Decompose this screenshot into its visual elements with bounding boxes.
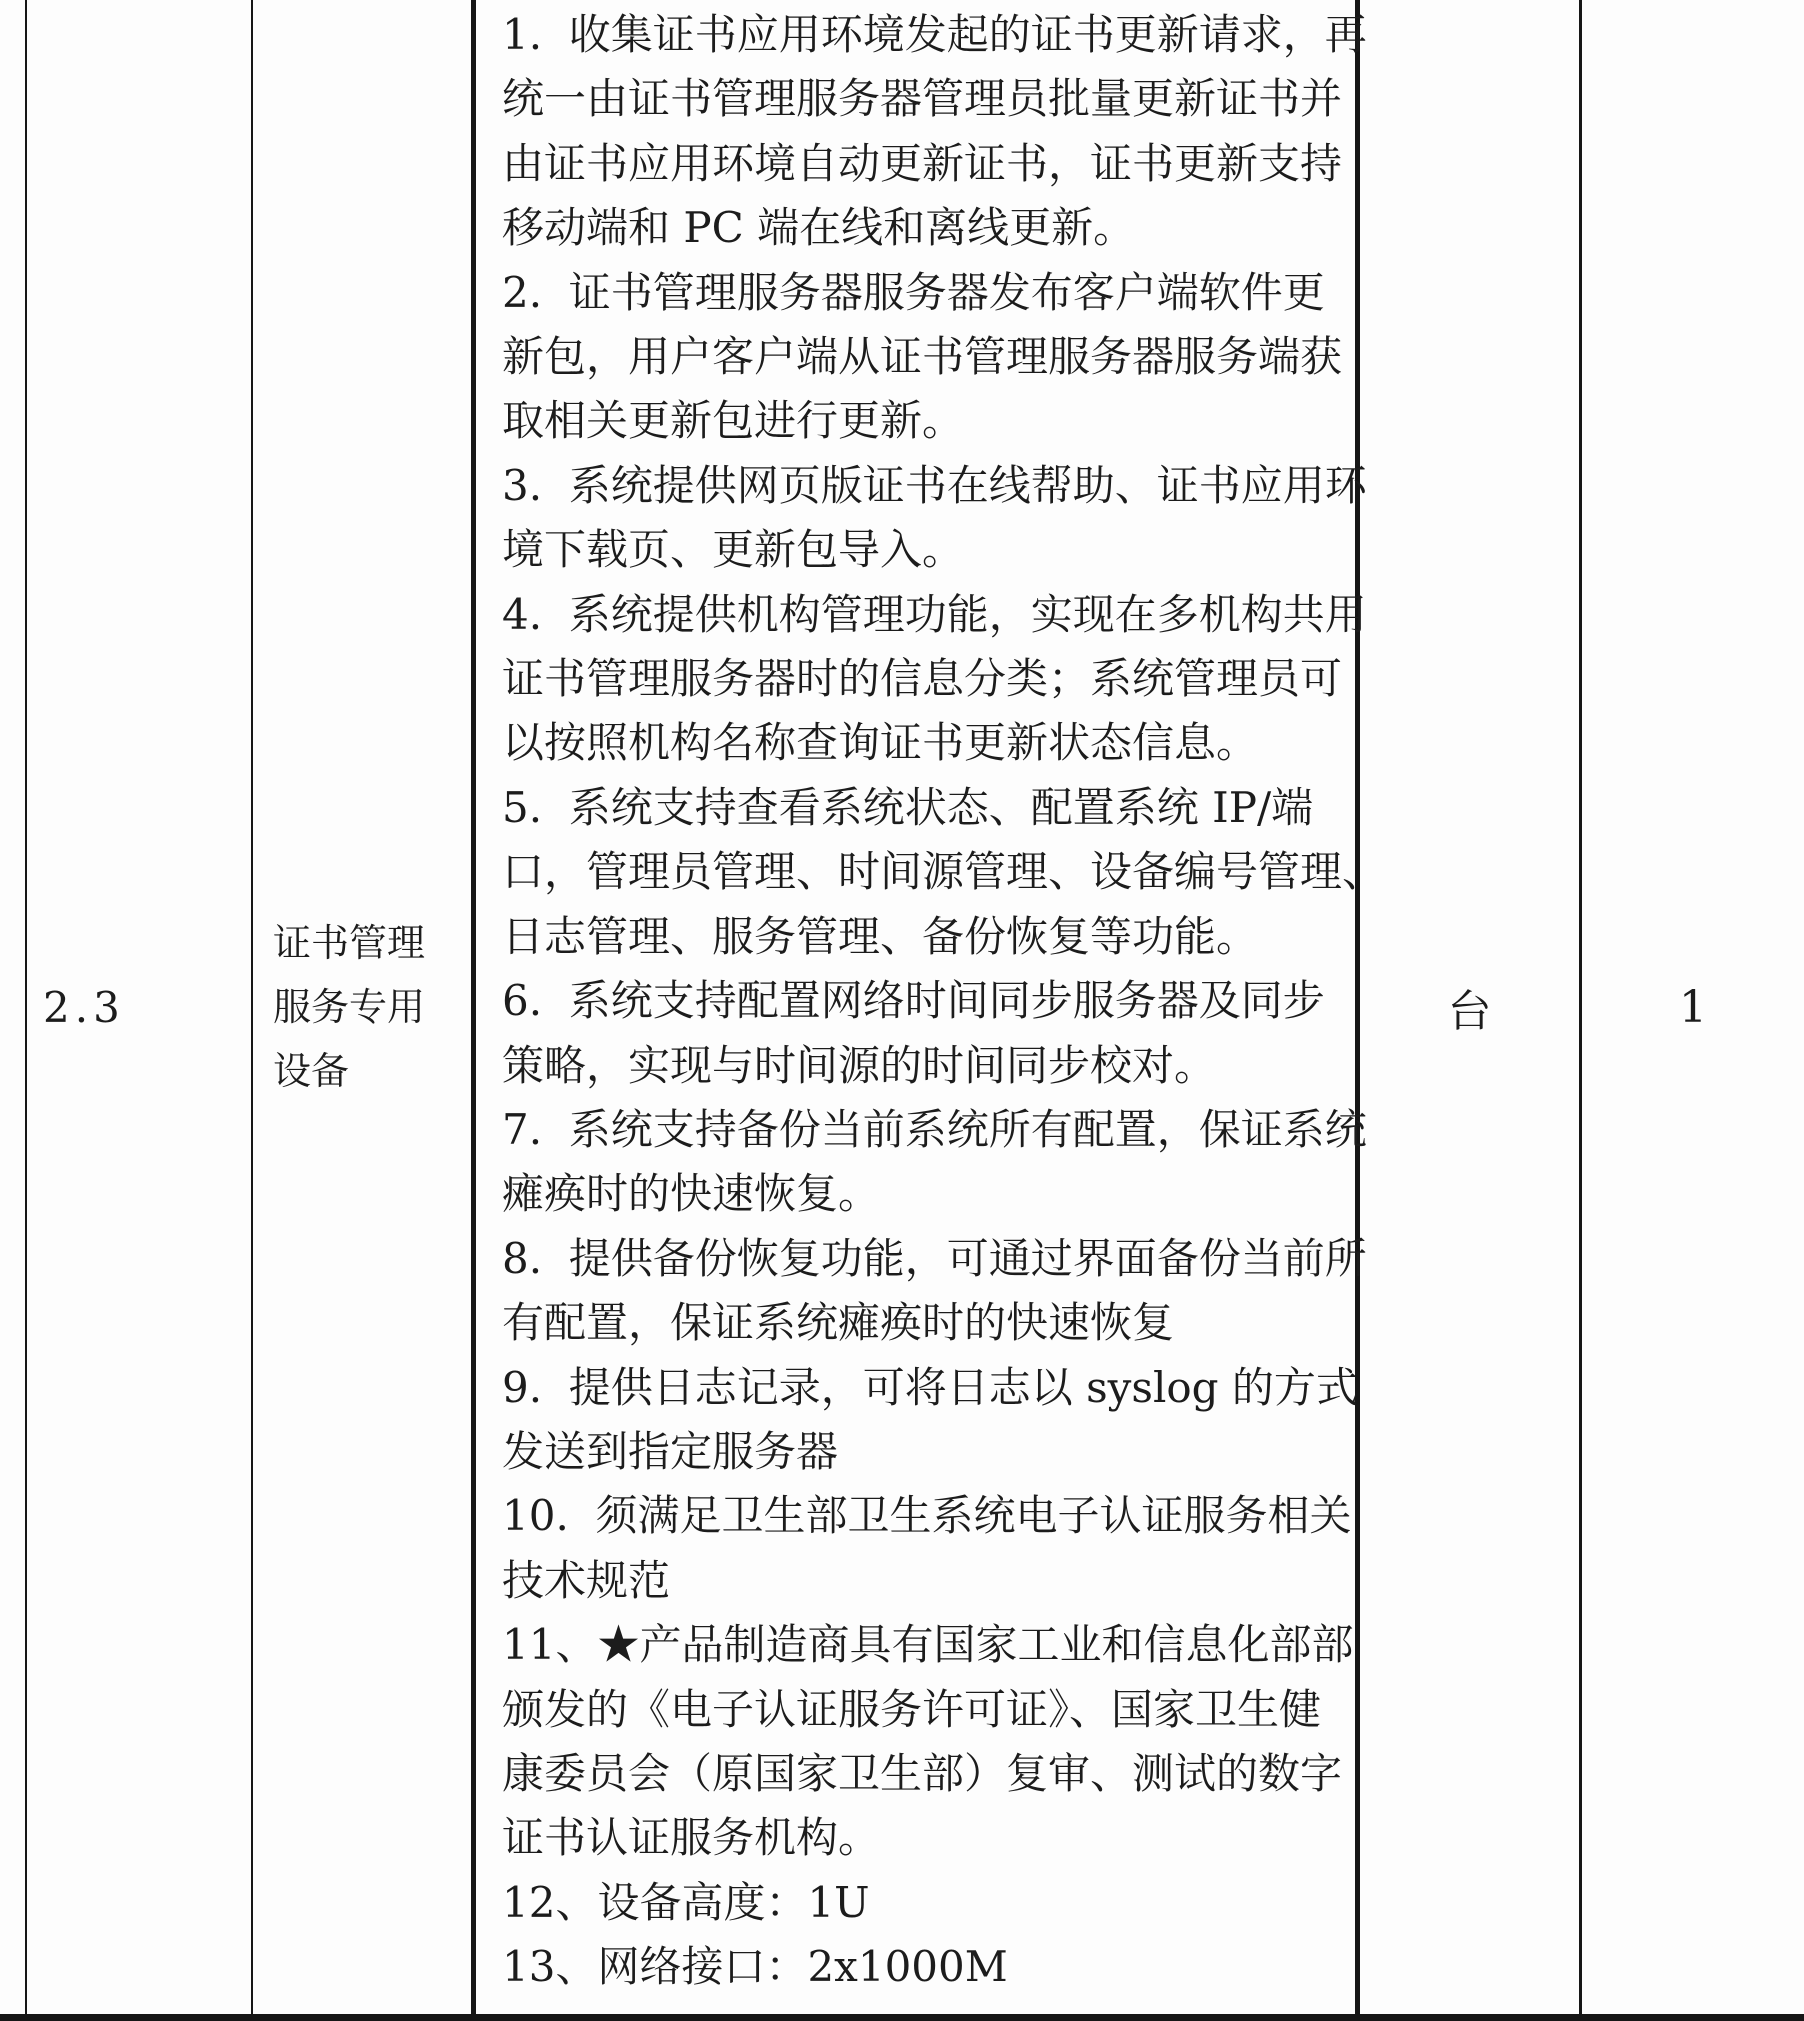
spec-line: 日志管理、服务管理、备份恢复等功能。 (502, 905, 1355, 969)
spec-line: 1. 收集证书应用环境发起的证书更新请求，再 (502, 3, 1355, 67)
spec-line: 策略，实现与时间源的时间同步校对。 (502, 1034, 1355, 1098)
cell-item-number: 2.3 (27, 0, 251, 2014)
spec-line: 5. 系统支持查看系统状态、配置系统 IP/端 (502, 776, 1355, 840)
spec-line: 10. 须满足卫生部卫生系统电子认证服务相关 (502, 1484, 1355, 1548)
spec-line: 证书认证服务机构。 (502, 1806, 1355, 1870)
spec-line: 13、网络接口：2x1000M (502, 1935, 1355, 1999)
item-name-line: 设备 (273, 1039, 471, 1103)
spec-line: 统一由证书管理服务器管理员批量更新证书并 (502, 67, 1355, 131)
cell-unit: 台 (1360, 0, 1579, 2014)
spec-line: 11、★产品制造商具有国家工业和信息化部部 (502, 1613, 1355, 1677)
spec-line: 取相关更新包进行更新。 (502, 389, 1355, 453)
cell-quantity: 1 (1582, 0, 1804, 2014)
cell-item-name: 证书管理 服务专用 设备 (256, 0, 471, 2014)
spec-line: 2. 证书管理服务器服务器发布客户端软件更 (502, 261, 1355, 325)
table-border-col1-col2 (251, 0, 253, 2014)
spec-line: 7. 系统支持备份当前系统所有配置，保证系统 (502, 1098, 1355, 1162)
spec-line: 境下载页、更新包导入。 (502, 518, 1355, 582)
spec-line: 口，管理员管理、时间源管理、设备编号管理、 (502, 840, 1355, 904)
unit-value: 台 (1448, 975, 1492, 1039)
table-border-bottom (0, 2014, 1804, 2021)
spec-line: 12、设备高度：1U (502, 1871, 1355, 1935)
spec-line: 3. 系统提供网页版证书在线帮助、证书应用环 (502, 454, 1355, 518)
spec-line: 康委员会（原国家卫生部）复审、测试的数字 (502, 1742, 1355, 1806)
item-name-line: 服务专用 (273, 975, 471, 1039)
spec-line: 以按照机构名称查询证书更新状态信息。 (502, 711, 1355, 775)
spec-line: 8. 提供备份恢复功能，可通过界面备份当前所 (502, 1227, 1355, 1291)
spec-line: 6. 系统支持配置网络时间同步服务器及同步 (502, 969, 1355, 1033)
spec-line: 有配置，保证系统瘫痪时的快速恢复 (502, 1291, 1355, 1355)
spec-line: 颁发的《电子认证服务许可证》、国家卫生健 (502, 1678, 1355, 1742)
cell-specifications: 1. 收集证书应用环境发起的证书更新请求，再 统一由证书管理服务器管理员批量更新… (476, 3, 1355, 2000)
spec-line: 移动端和 PC 端在线和离线更新。 (502, 196, 1355, 260)
spec-line: 由证书应用环境自动更新证书，证书更新支持 (502, 132, 1355, 196)
procurement-table-row-page: 2.3 证书管理 服务专用 设备 1. 收集证书应用环境发起的证书更新请求，再 … (0, 0, 1804, 2021)
spec-line: 9. 提供日志记录，可将日志以 syslog 的方式 (502, 1356, 1355, 1420)
spec-line: 新包，用户客户端从证书管理服务器服务端获 (502, 325, 1355, 389)
spec-line: 4. 系统提供机构管理功能，实现在多机构共用 (502, 583, 1355, 647)
item-number: 2.3 (43, 983, 125, 1032)
spec-line: 证书管理服务器时的信息分类；系统管理员可 (502, 647, 1355, 711)
spec-line: 发送到指定服务器 (502, 1420, 1355, 1484)
spec-line: 瘫痪时的快速恢复。 (502, 1162, 1355, 1226)
spec-line: 技术规范 (502, 1549, 1355, 1613)
item-name-line: 证书管理 (273, 911, 471, 975)
quantity-value: 1 (1679, 982, 1707, 1033)
